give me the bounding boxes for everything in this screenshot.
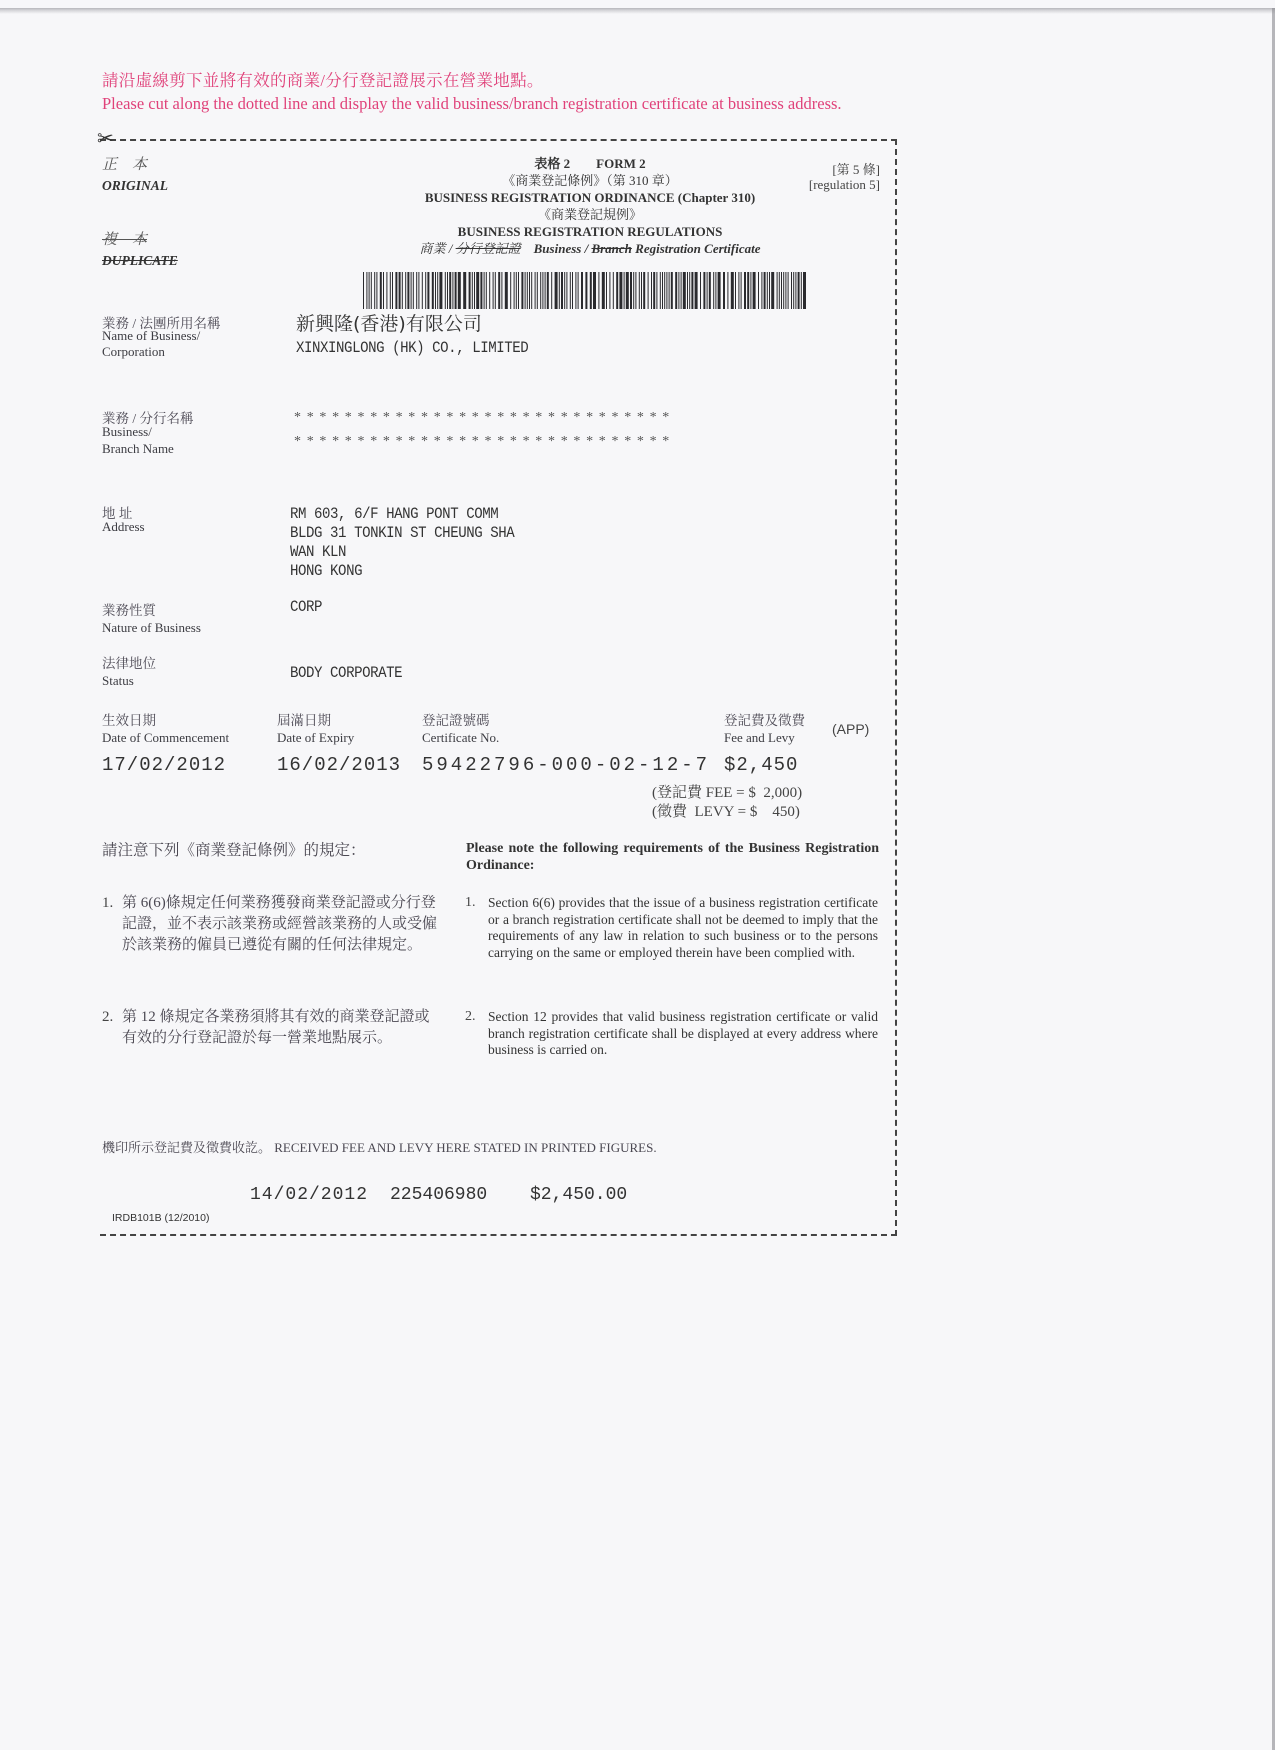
address-label-en: Address	[102, 519, 145, 535]
nature-label-zh: 業務性質	[102, 599, 156, 619]
receipt-statement-en: RECEIVED FEE AND LEVY HERE STATED IN PRI…	[274, 1140, 656, 1155]
business-name-zh: 新興隆(香港)有限公司	[296, 309, 482, 336]
cut-notice-en: Please cut along the dotted line and dis…	[102, 94, 842, 114]
cert-title-en-business: Business /	[534, 241, 592, 256]
cert-title-en-rest: Registration Certificate	[632, 241, 761, 256]
requirement-1-number-zh: 1.	[102, 895, 113, 912]
requirement-2-number-en: 2.	[465, 1009, 476, 1025]
cert-title-zh-business: 商業 /	[420, 241, 456, 256]
form-code: IRDB101B (12/2010)	[112, 1212, 209, 1224]
ordinance-en: BUSINESS REGISTRATION ORDINANCE (Chapter…	[370, 190, 810, 206]
fee-breakdown: (登記費 FEE = $ 2,000)	[652, 781, 802, 802]
scanned-page-edge	[0, 8, 1275, 14]
branch-name-line-1: * * * * * * * * * * * * * * * * * * * * …	[294, 410, 670, 426]
fee-label-en: Fee and Levy	[724, 730, 795, 746]
regulations-zh: 《商業登記規例》	[370, 207, 810, 223]
duplicate-label-en: DUPLICATE	[102, 253, 178, 269]
address-line-2: BLDG 31 TONKIN ST CHEUNG SHA	[290, 524, 514, 542]
business-name-en: XINXINGLONG (HK) CO., LIMITED	[296, 339, 528, 357]
branch-label-en-2: Branch Name	[102, 441, 174, 457]
receipt-amount: $2,450.00	[530, 1185, 627, 1205]
cut-notice-zh: 請沿虛線剪下並將有效的商業/分行登記證展示在營業地點。	[102, 67, 544, 91]
requirement-1-text-en: Section 6(6) provides that the issue of …	[488, 895, 878, 961]
duplicate-label-zh: 複 本	[102, 228, 147, 249]
status-label-zh: 法律地位	[102, 652, 156, 672]
status-value: BODY CORPORATE	[290, 664, 402, 682]
certificate-title: 商業 / 分行登記證 Business / Branch Registratio…	[370, 241, 810, 257]
address-line-4: HONG KONG	[290, 562, 362, 580]
requirement-2-text-zh: 第 12 條規定各業務須將其有效的商業登記證或有效的分行登記證於每一營業地點展示…	[122, 1007, 444, 1049]
scissors-icon: ✂	[97, 128, 114, 148]
nature-of-business-value: CORP	[290, 598, 322, 616]
levy-breakdown: (徵費 LEVY = $ 450)	[652, 800, 800, 821]
requirements-heading-en: Please note the following requirements o…	[466, 840, 879, 874]
branch-label-en-1: Business/	[102, 424, 152, 440]
address-line-1: RM 603, 6/F HANG PONT COMM	[290, 505, 498, 523]
name-label-en-2: Corporation	[102, 344, 165, 360]
barcode	[363, 272, 806, 309]
requirements-heading-zh: 請注意下列《商業登記條例》的規定：	[102, 838, 366, 860]
receipt-date: 14/02/2012	[250, 1185, 368, 1205]
commencement-date: 17/02/2012	[102, 754, 226, 776]
regulation-ref-en: [regulation 5]	[809, 177, 880, 193]
original-label-en: ORIGINAL	[102, 178, 168, 194]
receipt-statement: 機印所示登記費及徵費收訖。 RECEIVED FEE AND LEVY HERE…	[102, 1137, 657, 1156]
commencement-label-zh: 生效日期	[102, 709, 156, 729]
requirement-1-text-zh: 第 6(6)條規定任何業務獲發商業登記證或分行登記證，並不表示該業務或經營該業務…	[122, 893, 444, 956]
requirement-1-number-en: 1.	[465, 895, 476, 911]
cert-title-zh-branch: 分行登記證	[456, 241, 521, 256]
requirement-2-text-en: Section 12 provides that valid business …	[488, 1009, 878, 1059]
regulation-ref-zh: [第 5 條]	[832, 159, 880, 178]
form-number: 表格 2 FORM 2	[370, 156, 810, 172]
commencement-label-en: Date of Commencement	[102, 730, 229, 746]
receipt-number: 225406980	[390, 1185, 487, 1205]
certificate-no-label-en: Certificate No.	[422, 730, 499, 746]
fee-app-tag: (APP)	[832, 721, 869, 737]
fee-label-zh: 登記費及徵費	[724, 709, 805, 729]
name-label-en-1: Name of Business/	[102, 328, 200, 344]
requirement-2-number-zh: 2.	[102, 1009, 113, 1026]
expiry-date: 16/02/2013	[277, 754, 401, 776]
receipt-statement-zh: 機印所示登記費及徵費收訖。	[102, 1140, 271, 1155]
expiry-label-en: Date of Expiry	[277, 730, 354, 746]
regulations-en: BUSINESS REGISTRATION REGULATIONS	[370, 224, 810, 240]
original-label-zh: 正 本	[102, 153, 147, 174]
branch-name-line-2: * * * * * * * * * * * * * * * * * * * * …	[294, 434, 670, 450]
status-label-en: Status	[102, 673, 134, 689]
expiry-label-zh: 屆滿日期	[277, 709, 331, 729]
fee-total: $2,450	[724, 754, 798, 776]
address-line-3: WAN KLN	[290, 543, 346, 561]
nature-label-en: Nature of Business	[102, 620, 201, 636]
certificate-number: 59422796-000-02-12-7	[422, 754, 710, 776]
cert-title-en-branch: Branch	[591, 241, 631, 256]
certificate-no-label-zh: 登記證號碼	[422, 709, 490, 729]
ordinance-zh: 《商業登記條例》（第 310 章）	[370, 173, 810, 189]
